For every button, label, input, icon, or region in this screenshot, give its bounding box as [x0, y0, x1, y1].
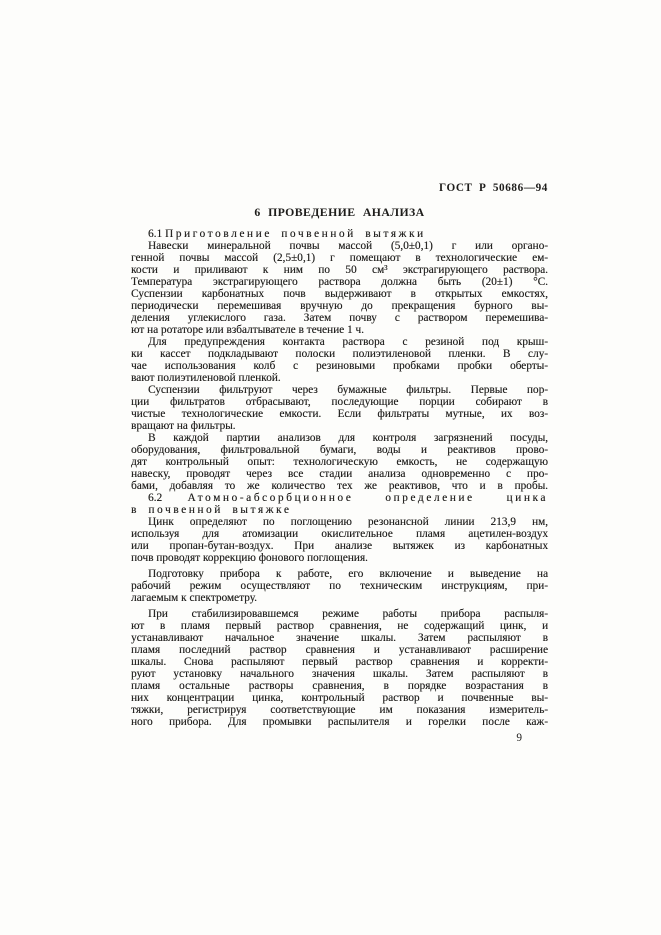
text-line: Суспензии фильтруют через бумажные фильт…	[131, 384, 548, 396]
text-line: ного прибора. Для промывки распылителя и…	[131, 716, 548, 728]
text-line: ют в пламя первый раствор сравнения, не …	[131, 620, 548, 632]
standard-code: ГОСТ Р 50686—94	[131, 182, 548, 194]
text-line: пламя последний раствор сравнения и уста…	[131, 644, 548, 656]
text-line: них концентрации цинка, контрольный раст…	[131, 692, 548, 704]
text-line: шкалы. Снова распыляют первый раствор ср…	[131, 656, 548, 668]
text-line: тяжки, регистрируя соответствующие им по…	[131, 704, 548, 716]
text-line: ют на ротаторе или взбалтывателе в течен…	[131, 324, 548, 336]
text-line: В каждой партии анализов для контроля за…	[131, 432, 548, 444]
subsection-heading: 6.2 Атомно-абсорбционное определение цин…	[131, 492, 548, 516]
text-line: Подготовку прибора к работе, его включен…	[131, 568, 548, 580]
text-line: вают полиэтиленовой пленкой.	[131, 372, 548, 384]
heading-number: 6.2	[148, 492, 162, 504]
heading-text: Атомно-абсорбционное определение цинка	[187, 492, 548, 504]
text-line: устанавливают начальное значение шкалы. …	[131, 632, 548, 644]
text-line: периодически перемешивая вручную до прек…	[131, 300, 548, 312]
section-title: 6 ПРОВЕДЕНИЕ АНАЛИЗА	[131, 206, 548, 218]
text-line: оборудования, фильтровальной бумаги, вод…	[131, 444, 548, 456]
subsection-heading: 6.1 Приготовление почвенной вытяжки	[131, 228, 548, 240]
text-line: Навески минеральной почвы массой (5,0±0,…	[131, 240, 548, 252]
text-line: кости и приливают к ним по 50 см³ экстра…	[131, 264, 548, 276]
text-line: почв проводят коррекцию фонового поглоще…	[131, 552, 548, 564]
paragraph: Суспензии фильтруют через бумажные фильт…	[131, 384, 548, 432]
text-line: чае использования колб с резиновыми проб…	[131, 360, 548, 372]
text-line: Суспензии карбонатных почв выдерживают в…	[131, 288, 548, 300]
text-line: чистые технологические емкости. Если фил…	[131, 408, 548, 420]
text-line: При стабилизировавшемся режиме работы пр…	[131, 608, 548, 620]
text-line: рабочий режим осуществляют по технически…	[131, 580, 548, 592]
text-line: деления углекислого газа. Затем почву с …	[131, 312, 548, 324]
text-line: дят контрольный опыт: технологическую ем…	[131, 456, 548, 468]
heading-text: в почвенной вытяжке	[131, 504, 291, 516]
text-line: навеску, проводят через все стадии анали…	[131, 468, 548, 480]
paragraph: Для предупреждения контакта раствора с р…	[131, 336, 548, 384]
text-line: бами, добавляя то же количество тех же р…	[131, 480, 548, 492]
body-text: 6.1 Приготовление почвенной вытяжкиНавес…	[131, 228, 548, 728]
text-line: генной почвы массой (2,5±0,1) г помещают…	[131, 252, 548, 264]
paragraph: В каждой партии анализов для контроля за…	[131, 432, 548, 492]
paragraph: При стабилизировавшемся режиме работы пр…	[131, 608, 548, 728]
text-line: используя для атомизации окислительное п…	[131, 528, 548, 540]
heading-line: в почвенной вытяжке	[131, 504, 548, 516]
text-line: руют установку начального значения шкалы…	[131, 668, 548, 680]
text-line: Температура экстрагирующего раствора дол…	[131, 276, 548, 288]
text-line: лагаемым к спектрометру.	[131, 592, 548, 604]
page-content: ГОСТ Р 50686—94 6 ПРОВЕДЕНИЕ АНАЛИЗА 6.1…	[131, 182, 548, 744]
paragraph: Цинк определяют по поглощению резонансно…	[131, 516, 548, 564]
paragraph: Подготовку прибора к работе, его включен…	[131, 568, 548, 604]
page-number: 9	[131, 732, 548, 744]
text-line: ции фильтратов отбрасывают, последующие …	[131, 396, 548, 408]
document-page: ГОСТ Р 50686—94 6 ПРОВЕДЕНИЕ АНАЛИЗА 6.1…	[0, 0, 661, 935]
paragraph: Навески минеральной почвы массой (5,0±0,…	[131, 240, 548, 336]
text-line: пламя остальные растворы сравнения, в по…	[131, 680, 548, 692]
text-line: или пропан-бутан-воздух. При анализе выт…	[131, 540, 548, 552]
text-line: ки кассет подкладывают полоски полиэтиле…	[131, 348, 548, 360]
text-line: Цинк определяют по поглощению резонансно…	[131, 516, 548, 528]
text-line: Для предупреждения контакта раствора с р…	[131, 336, 548, 348]
text-line: вращают на фильтры.	[131, 420, 548, 432]
heading-line: 6.1 Приготовление почвенной вытяжки	[131, 228, 548, 240]
heading-text: Приготовление почвенной вытяжки	[165, 228, 426, 240]
heading-line: 6.2 Атомно-абсорбционное определение цин…	[131, 492, 548, 504]
heading-number: 6.1	[148, 228, 162, 240]
